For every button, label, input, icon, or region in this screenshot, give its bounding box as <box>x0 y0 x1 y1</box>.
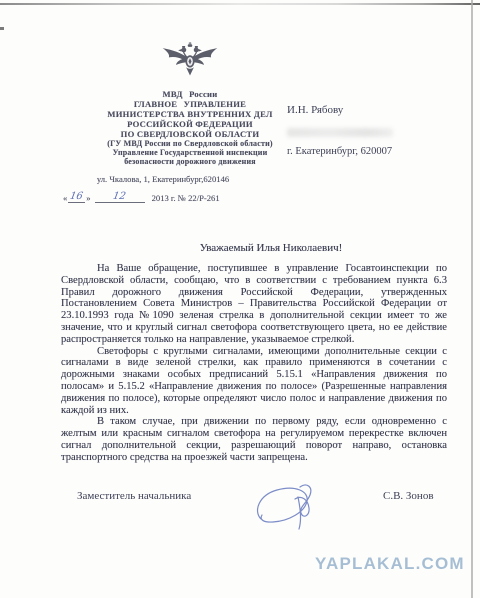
paragraph: В таком случае, при движении по первому … <box>61 416 447 463</box>
letterhead-address: ул. Чкалова, 1, Екатеринбург,620146 <box>50 174 330 184</box>
redacted-address-blur <box>287 128 393 137</box>
letterhead-line: безопасности дорожного движения <box>50 157 330 166</box>
signer-name: С.В. Зонов <box>383 490 434 502</box>
paragraph: Светофоры с круглыми сигналами, имеющими… <box>61 346 447 417</box>
scan-edge-right <box>471 0 473 598</box>
mvd-double-headed-eagle-icon <box>159 42 221 86</box>
scan-smudge <box>0 27 4 30</box>
quote-close: » <box>86 193 90 203</box>
addressee-name: И.Н. Рябову <box>287 104 393 116</box>
handwritten-signature-icon <box>249 481 323 535</box>
watermark-text: YAPLAKAL.COM <box>315 554 465 574</box>
addressee-block: И.Н. Рябову г. Екатеринбург, 620007 <box>287 104 393 157</box>
handwritten-month: 12 <box>95 191 145 203</box>
addressee-city: г. Екатеринбург, 620007 <box>287 146 393 157</box>
quote-open: « <box>63 193 67 203</box>
salutation: Уважаемый Илья Николаевич! <box>61 242 447 254</box>
date-ref-line: « 16 » 12 2013 г. № 22/Р-261 <box>50 191 330 203</box>
scanned-letter-page: МВД России ГЛАВНОЕ УПРАВЛЕНИЕ МИНИСТЕРСТ… <box>0 0 480 598</box>
handwritten-day: 16 <box>68 191 85 203</box>
paragraph: На Ваше обращение, поступившее в управле… <box>61 263 447 346</box>
date-number-text: 2013 г. № 22/Р-261 <box>152 193 220 203</box>
letter-body: Уважаемый Илья Николаевич! На Ваше обращ… <box>61 242 447 464</box>
scan-edge-top <box>0 3 480 5</box>
signer-position: Заместитель начальника <box>77 490 191 502</box>
letterhead-line: МВД России <box>50 89 330 99</box>
